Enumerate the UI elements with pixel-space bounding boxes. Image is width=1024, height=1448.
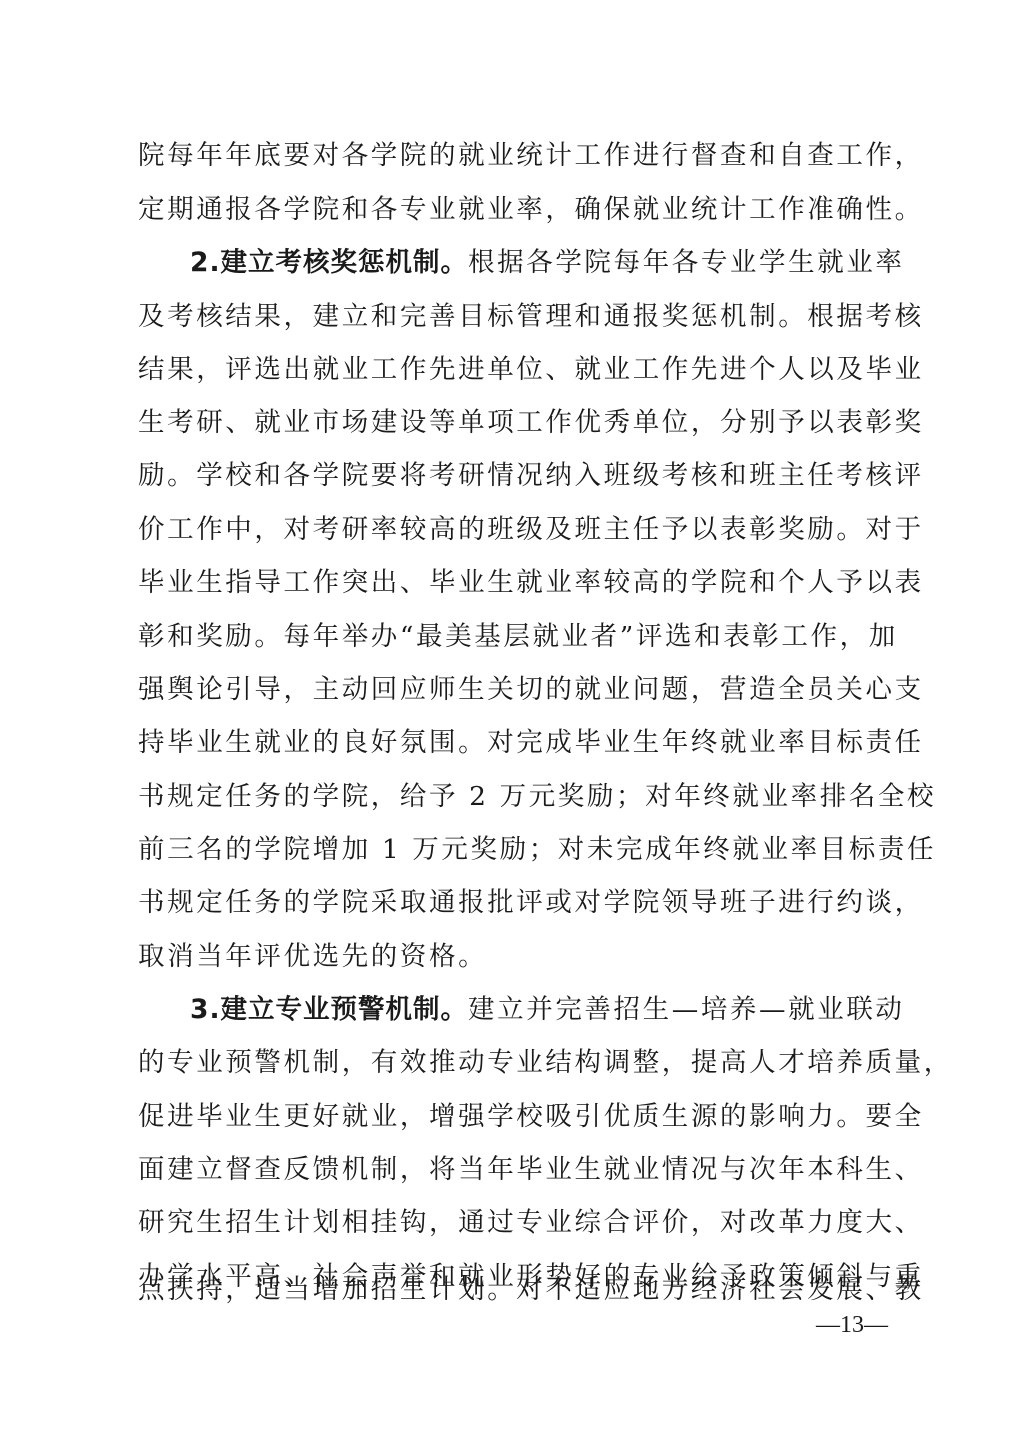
text-line: 书规定任务的学院采取通报批评或对学院领导班子进行约谈， (138, 883, 888, 923)
line-text: 根据各学院每年各专业学生就业率 (468, 247, 905, 278)
text-line: 持毕业生就业的良好氛围。对完成毕业生年终就业率目标责任 (138, 723, 888, 763)
line-text: 强舆论引导，主动回应师生关切的就业问题，营造全员关心支 (138, 674, 924, 705)
line-text: 点扶持，适当增加招生计划。对不适应地方经济社会发展、教 (138, 1274, 924, 1305)
page-number: —13— (816, 1312, 888, 1339)
line-text: 促进毕业生更好就业，增强学校吸引优质生源的影响力。要全 (138, 1101, 924, 1132)
line-text: 持毕业生就业的良好氛围。对完成毕业生年终就业率目标责任 (138, 727, 924, 758)
line-text: 书规定任务的学院采取通报批评或对学院领导班子进行约谈， (138, 887, 924, 918)
text-line: 生考研、就业市场建设等单项工作优秀单位，分别予以表彰奖 (138, 403, 888, 443)
text-line: 促进毕业生更好就业，增强学校吸引优质生源的影响力。要全 (138, 1097, 888, 1137)
line-text: 及考核结果，建立和完善目标管理和通报奖惩机制。根据考核 (138, 301, 924, 332)
line-text: 取消当年评优选先的资格。 (138, 941, 487, 972)
line-text: 建立并完善招生—培养—就业联动 (468, 994, 905, 1025)
text-line: 前三名的学院增加 1 万元奖励；对未完成年终就业率目标责任 (138, 830, 888, 870)
line-text: 的专业预警机制，有效推动专业结构调整，提高人才培养质量， (138, 1047, 953, 1078)
line-text: 彰和奖励。每年举办“最美基层就业者”评选和表彰工作，加 (138, 621, 898, 652)
section-title: 3.建立专业预警机制。 (190, 994, 468, 1025)
line-text: 院每年年底要对各学院的就业统计工作进行督查和自查工作， (138, 140, 924, 171)
text-line: 定期通报各学院和各专业就业率，确保就业统计工作准确性。 (138, 190, 888, 230)
line-text: 面建立督查反馈机制，将当年毕业生就业情况与次年本科生、 (138, 1154, 924, 1185)
text-line: 院每年年底要对各学院的就业统计工作进行督查和自查工作， (138, 136, 888, 176)
section-heading-2: 2.建立考核奖惩机制。根据各学院每年各专业学生就业率 (190, 243, 888, 283)
text-line: 彰和奖励。每年举办“最美基层就业者”评选和表彰工作，加 (138, 617, 888, 657)
document-page: 院每年年底要对各学院的就业统计工作进行督查和自查工作， 定期通报各学院和各专业就… (0, 0, 1024, 1448)
text-line: 的专业预警机制，有效推动专业结构调整，提高人才培养质量， (138, 1043, 888, 1083)
text-line: 结果，评选出就业工作先进单位、就业工作先进个人以及毕业 (138, 350, 888, 390)
text-line: 面建立督查反馈机制，将当年毕业生就业情况与次年本科生、 (138, 1150, 888, 1190)
text-line: 取消当年评优选先的资格。 (138, 937, 888, 977)
line-text: 书规定任务的学院，给予 2 万元奖励；对年终就业率排名全校 (138, 781, 936, 812)
text-line: 书规定任务的学院，给予 2 万元奖励；对年终就业率排名全校 (138, 777, 888, 817)
text-line: 及考核结果，建立和完善目标管理和通报奖惩机制。根据考核 (138, 297, 888, 337)
text-line: 研究生招生计划相挂钩，通过专业综合评价，对改革力度大、 (138, 1203, 888, 1243)
text-line: 点扶持，适当增加招生计划。对不适应地方经济社会发展、教 (138, 1270, 888, 1310)
line-text: 定期通报各学院和各专业就业率，确保就业统计工作准确性。 (138, 194, 924, 225)
text-line: 价工作中，对考研率较高的班级及班主任予以表彰奖励。对于 (138, 510, 888, 550)
line-text: 研究生招生计划相挂钩，通过专业综合评价，对改革力度大、 (138, 1207, 924, 1238)
line-text: 毕业生指导工作突出、毕业生就业率较高的学院和个人予以表 (138, 567, 924, 598)
section-title: 2.建立考核奖惩机制。 (190, 247, 468, 278)
text-line: 毕业生指导工作突出、毕业生就业率较高的学院和个人予以表 (138, 563, 888, 603)
line-text: 价工作中，对考研率较高的班级及班主任予以表彰奖励。对于 (138, 514, 924, 545)
line-text: 生考研、就业市场建设等单项工作优秀单位，分别予以表彰奖 (138, 407, 924, 438)
line-text: 励。学校和各学院要将考研情况纳入班级考核和班主任考核评 (138, 460, 924, 491)
section-heading-3: 3.建立专业预警机制。建立并完善招生—培养—就业联动 (190, 990, 888, 1030)
line-text: 结果，评选出就业工作先进单位、就业工作先进个人以及毕业 (138, 354, 924, 385)
line-text: 前三名的学院增加 1 万元奖励；对未完成年终就业率目标责任 (138, 834, 936, 865)
text-line: 强舆论引导，主动回应师生关切的就业问题，营造全员关心支 (138, 670, 888, 710)
text-line: 励。学校和各学院要将考研情况纳入班级考核和班主任考核评 (138, 456, 888, 496)
